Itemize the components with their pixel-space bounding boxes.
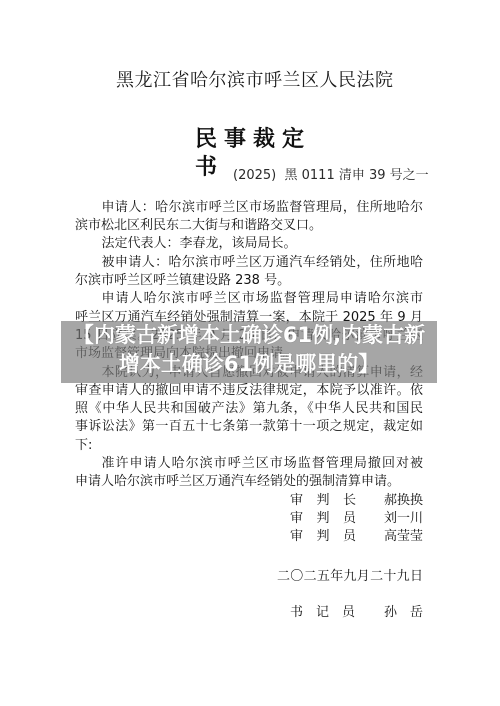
ruling-date: 二〇二五年九月二十九日 xyxy=(277,568,423,586)
signature-role: 审判员 xyxy=(290,528,370,546)
document-title: 民事裁定书 xyxy=(195,126,304,154)
case-history-line: 申请人哈尔滨市呼兰区市场监督管理局申请哈尔滨市 xyxy=(75,290,423,308)
signature-presiding-judge: 审判长 郝换换 xyxy=(0,492,500,510)
reasoning-line: 审查申请人的撤回申请不违反法律规定，本院予以准许。依 xyxy=(75,382,423,400)
respondent-line: 被申请人：哈尔滨市呼兰区万通汽车经销处，住所地哈 xyxy=(75,254,423,272)
signature-name: 郝换换 xyxy=(384,492,423,510)
case-number: (2025) 黑 0111 清申 39 号之一 xyxy=(233,167,424,185)
signature-role: 审判员 xyxy=(290,510,370,528)
clerk-role: 书记员 xyxy=(290,604,368,622)
signature-judge: 审判员 高莹莹 xyxy=(0,528,500,546)
reasoning-line: 下: xyxy=(75,437,423,455)
reasoning-line: 照《中华人民共和国破产法》第九条，《中华人民共和国民 xyxy=(75,400,423,418)
respondent-line: 尔滨市呼兰区呼兰镇建设路 238 号。 xyxy=(75,272,423,290)
document-page: 黑龙江省哈尔滨市呼兰区人民法院 民事裁定书 (2025) 黑 0111 清申 3… xyxy=(0,0,500,706)
applicant-line: 申请人：哈尔滨市呼兰区市场监督管理局，住所地哈尔 xyxy=(75,199,423,217)
legal-representative-line: 法定代表人：李春龙，该局局长。 xyxy=(75,235,423,253)
signature-name: 刘一川 xyxy=(384,510,423,528)
signature-judge: 审判员 刘一川 xyxy=(0,510,500,528)
clerk-name: 孙岳 xyxy=(384,604,436,622)
signature-name: 高莹莹 xyxy=(384,528,423,546)
ruling-line: 准许申请人哈尔滨市呼兰区市场监督管理局撤回对被 xyxy=(75,455,423,473)
court-name: 黑龙江省哈尔滨市呼兰区人民法院 xyxy=(116,69,393,93)
signature-clerk: 书记员 孙岳 xyxy=(0,604,500,622)
ruling-line: 申请人哈尔滨市呼兰区万通汽车经销处的强制清算申请。 xyxy=(75,473,423,491)
headline-overlay-banner: 【内蒙古新增本土确诊61例,内蒙古新 增本土确诊61例是哪里的】 xyxy=(61,321,437,383)
headline-line: 【内蒙古新增本土确诊61例,内蒙古新 xyxy=(61,321,437,350)
applicant-line: 滨市松北区利民东二大街与和谐路交叉口。 xyxy=(75,217,423,235)
reasoning-line: 事诉讼法》第一百五十七条第一款第十一项之规定，裁定如 xyxy=(75,418,423,436)
headline-line: 增本土确诊61例是哪里的】 xyxy=(61,350,437,379)
signature-role: 审判长 xyxy=(290,492,370,510)
